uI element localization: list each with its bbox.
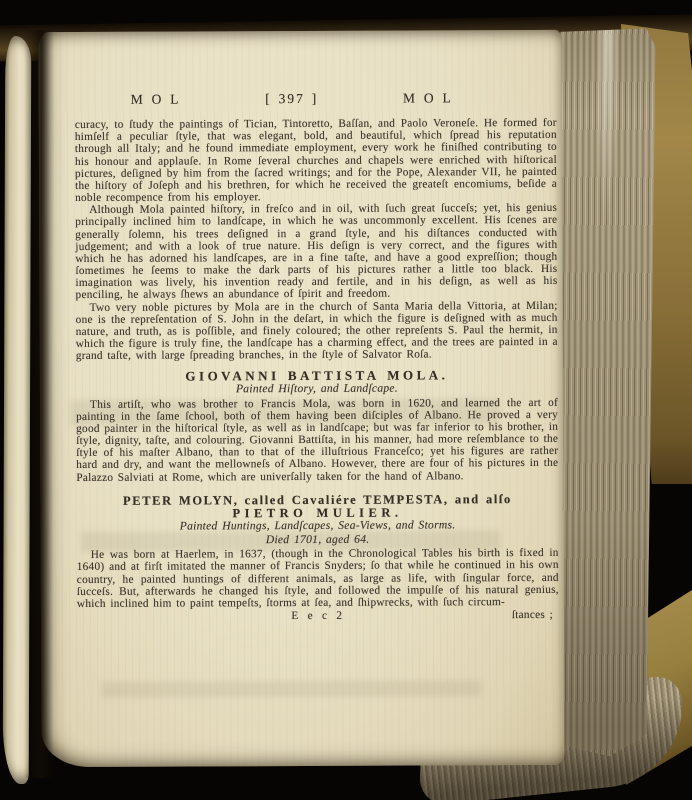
catchword: ſtances ; — [512, 609, 553, 621]
book-scan-photo: M O L [ 397 ] M O L curacy, to ſtudy the… — [0, 0, 692, 800]
facing-page-edge — [3, 36, 32, 784]
mola-paragraph-1: curacy, to ſtudy the paintings of Tician… — [75, 117, 557, 204]
giovanni-mola-paragraph-1: This artiſt, who was brother to Francis … — [76, 396, 558, 483]
peter-molyn-subtitle: Painted Huntings, Landſcapes, Sea-Views,… — [77, 519, 559, 533]
mola-paragraph-2: Although Mola painted hiſtory, in freſco… — [75, 202, 557, 301]
gathering-signature: E e c 2 — [77, 609, 559, 623]
peter-molyn-paragraph-1: He was born at Haerlem, in 1637, (though… — [77, 547, 559, 610]
giovanni-mola-subtitle: Painted Hiſtory, and Landſcape. — [76, 382, 558, 396]
peter-molyn-heading-line-1: PETER MOLYN, called Cavaliére TEMPESTA, … — [76, 493, 558, 507]
page-content: M O L [ 397 ] M O L curacy, to ſtudy the… — [75, 92, 559, 624]
book-fore-edge-pages — [552, 28, 656, 757]
book-page: M O L [ 397 ] M O L curacy, to ſtudy the… — [38, 30, 564, 767]
page-footer: E e c 2 ſtances ; — [77, 609, 559, 624]
running-head-left: M O L — [131, 94, 181, 106]
mola-paragraph-3: Two very noble pictures by Mola are in t… — [76, 299, 558, 362]
ink-showthrough — [101, 680, 481, 698]
running-head: M O L [ 397 ] M O L — [75, 92, 557, 106]
peter-molyn-heading-line-2: PIETRO MULIER. — [76, 506, 558, 520]
page-number: [ 397 ] — [265, 93, 318, 105]
running-head-right: M O L — [403, 92, 453, 104]
peter-molyn-death-line: Died 1701, aged 64. — [77, 533, 559, 547]
giovanni-mola-heading: GIOVANNI BATTISTA MOLA. — [76, 369, 558, 383]
